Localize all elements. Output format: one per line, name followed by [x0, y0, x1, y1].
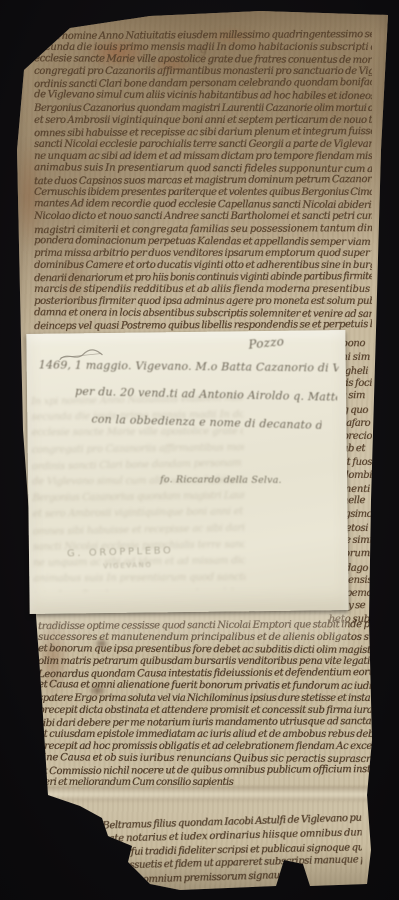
manuscript-line: tate duos Capsinos suos marcas et magist…	[34, 174, 372, 188]
manuscript-line: omnes sibi habuisse et recepisse ac sibi…	[34, 126, 372, 140]
manuscript-text-upper-block: In xpi nomine Anno Natiuitatis eiusdem m…	[34, 30, 372, 334]
manuscript-line: Bergonius Cazanorius quondam magistri La…	[34, 103, 372, 115]
manuscript-line: et Commissio nichil nocere ut de quibus …	[38, 764, 372, 778]
manuscript-line: precepit ad hoc promissis obligatis et a…	[38, 741, 372, 753]
manuscript-line: et sero Ambrosii vigintiquinque boni ann…	[34, 115, 372, 127]
manuscript-line: de Viglevano simul cum aliis vicinis hab…	[34, 90, 372, 104]
manuscript-line: ne unquam ac sibi ad idem et ad missam d…	[34, 151, 372, 163]
manuscript-line: ecclesie sancte Marie ville apostolice g…	[34, 53, 372, 67]
manuscript-line: secunda die iouis primo mensis madii In …	[34, 42, 372, 54]
manuscript-line: sibi dari debere per me notarium iuris m…	[38, 716, 372, 730]
manuscript-line: denarii denariorum et pro hiis bonis con…	[34, 271, 372, 285]
note-signature: fo. Riccardo della Selva.	[160, 473, 282, 488]
note-corner-word: Pozzo	[248, 334, 285, 351]
manuscript-line: et cuiusdam epistole immediatam ac iuris…	[38, 729, 372, 741]
manuscript-line: dominibus Camere et orto ducatis viginti…	[34, 260, 372, 272]
bleedthrough-line: omnes sibi habuisse et recepisse ac sibi…	[33, 520, 245, 540]
notary-subscription-block: Et Ego Beltramus filius quondam Iacobi A…	[69, 812, 363, 891]
manuscript-line: marcis de stipendiis redditibus et ab al…	[34, 284, 372, 296]
fold-crease	[30, 786, 375, 801]
manuscript-line: precepit dicta obstinata et attendere pr…	[38, 705, 372, 717]
note-line: 1469, 1 maggio. Vigevano. M.o Batta Caza…	[39, 358, 339, 375]
manuscript-line: prima missa arbitrio per duos venditores…	[34, 248, 372, 260]
manuscript-line: posterioribus firmiter quod ipsa adminus…	[34, 296, 372, 308]
manuscript-line: Nicolao dicto et nouo sancti Andree sanc…	[34, 211, 372, 223]
archivist-note-paper: In xpi nomine Anno Natiuitatis eiusdem m…	[26, 330, 348, 614]
manuscript-line: spatere Ergo prima soluta vel via Nichil…	[38, 693, 372, 705]
subscription-line: in testimonium omnium premissorum signau…	[70, 867, 362, 890]
photograph-background: 9 In xpi nomine Anno Natiuitatis eiusdem…	[0, 0, 399, 900]
manuscript-line: sancti Nicolai ecclesie parochialis terr…	[34, 139, 372, 151]
manuscript-line: pondera dominacionum perpetuas Kalendas …	[34, 235, 372, 249]
manuscript-line: mantes Ad idem recordie quod ecclesie Ca…	[34, 198, 372, 212]
mirrored-stamp-subtext: VIGEVANO	[103, 561, 153, 570]
manuscript-line: In xpi nomine Anno Natiuitatis eiusdem m…	[34, 29, 372, 43]
manuscript-line: et Causa et omni alienatione fuerit bono…	[38, 680, 372, 694]
